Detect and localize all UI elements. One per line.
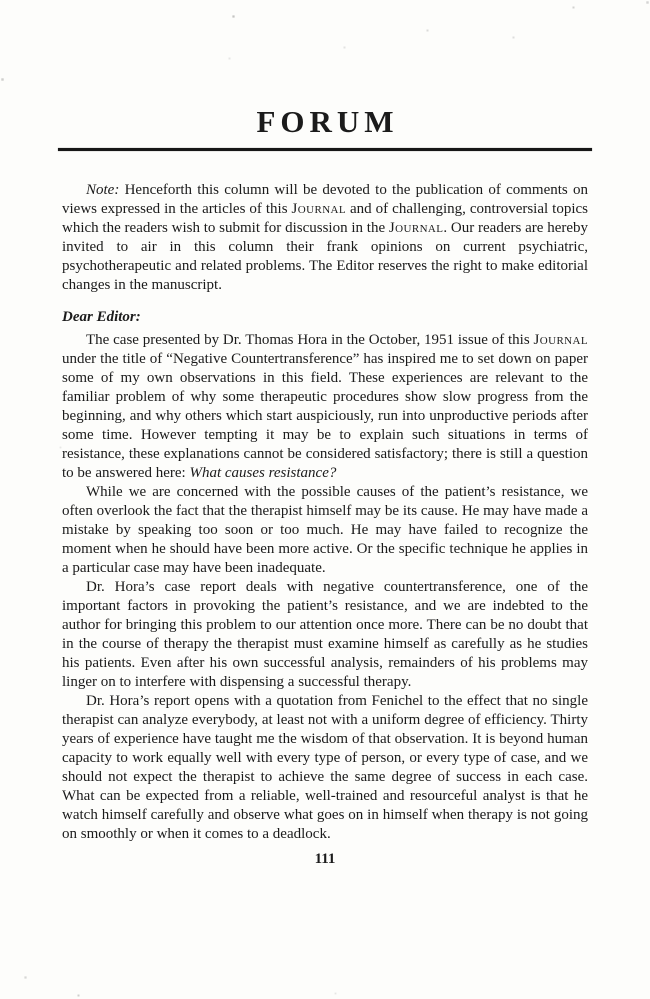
paragraph-2: While we are concerned with the possible… bbox=[62, 483, 588, 578]
para1-text-2: under the title of “Negative Countertran… bbox=[62, 351, 588, 481]
paragraph-1: The case presented by Dr. Thomas Hora in… bbox=[62, 331, 588, 483]
journal-page: FORUM Note: Henceforth this column will … bbox=[0, 0, 650, 999]
para1-italic-question: What causes resistance? bbox=[189, 465, 336, 481]
page-number: 111 bbox=[62, 850, 588, 869]
paragraph-4: Dr. Hora’s report opens with a quotation… bbox=[62, 692, 588, 844]
title-rule bbox=[58, 148, 592, 151]
note-label: Note: bbox=[86, 182, 119, 198]
para1-text-1: The case presented by Dr. Thomas Hora in… bbox=[86, 332, 534, 348]
text-block: FORUM Note: Henceforth this column will … bbox=[62, 0, 588, 869]
scan-speckles bbox=[0, 0, 1, 1]
journal-name-smallcaps: Journal bbox=[534, 332, 588, 348]
editorial-note: Note: Henceforth this column will be dev… bbox=[62, 181, 588, 295]
page-title: FORUM bbox=[62, 103, 588, 140]
salutation: Dear Editor: bbox=[62, 308, 588, 327]
paragraph-3: Dr. Hora’s case report deals with negati… bbox=[62, 578, 588, 692]
journal-name-smallcaps: Journal bbox=[389, 220, 443, 236]
journal-name-smallcaps: Journal bbox=[292, 201, 346, 217]
